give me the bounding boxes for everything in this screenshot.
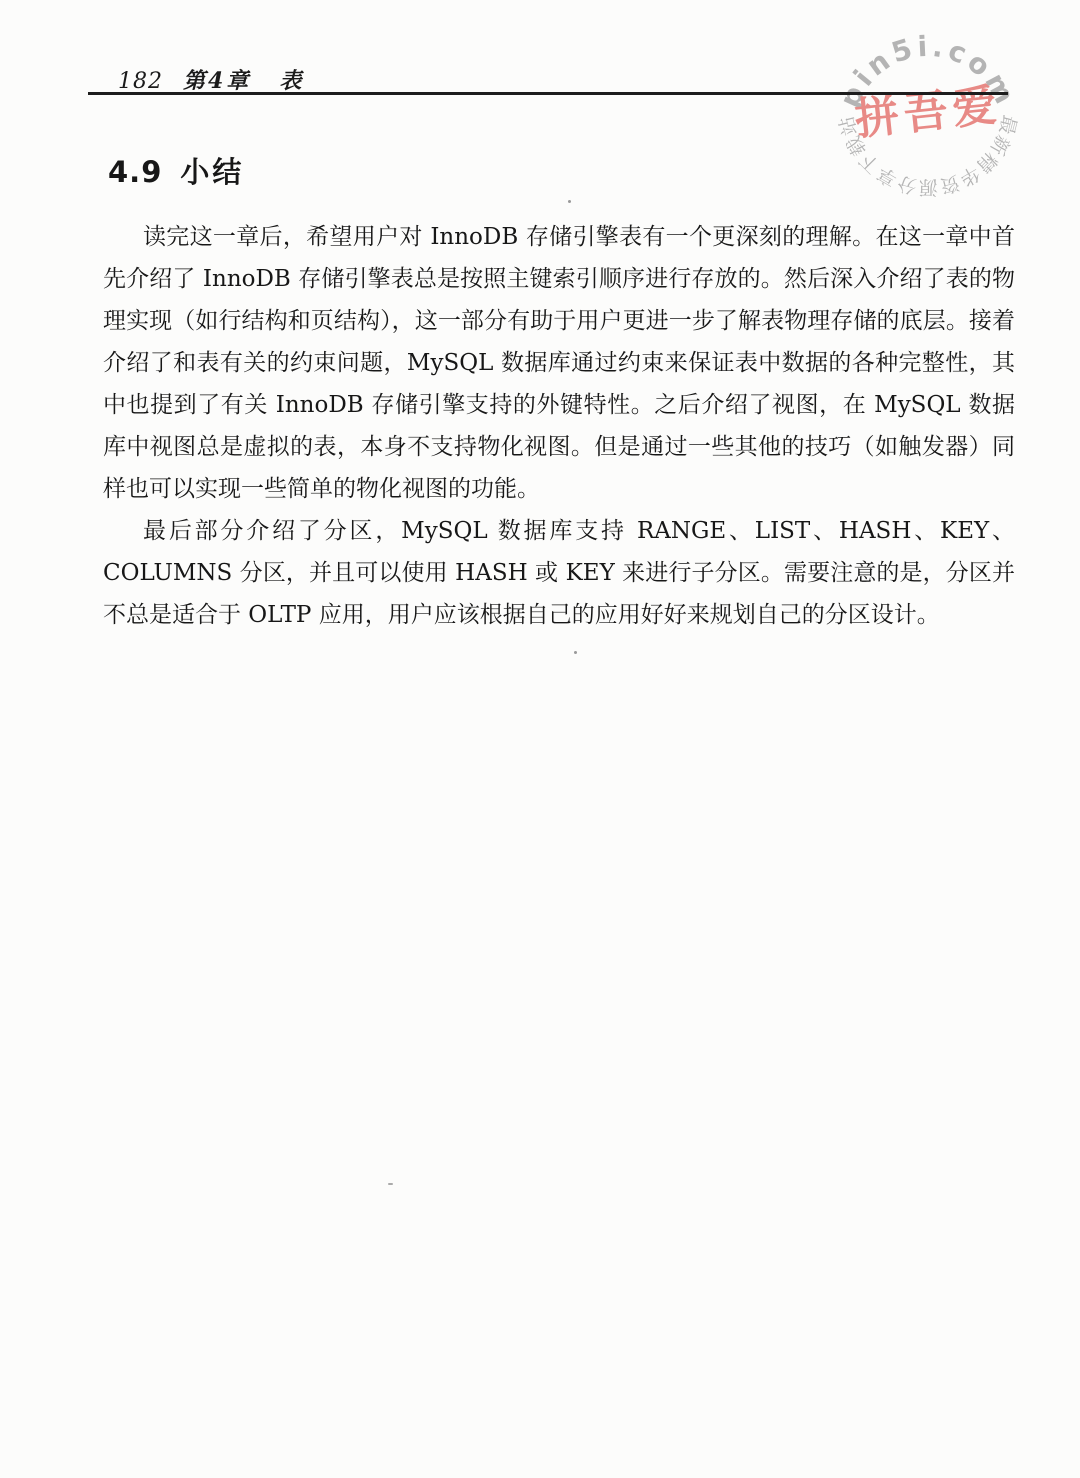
book-page: pin5i.com 最新精华资源分享下载站 拼吾爱 182第4章表 4.9小结 …: [0, 0, 1080, 1478]
running-header: 182第4章表: [118, 64, 302, 95]
chapter-title: 表: [279, 68, 302, 94]
page-number: 182: [118, 69, 163, 94]
site-watermark-stamp: pin5i.com 最新精华资源分享下载站 拼吾爱: [823, 5, 1033, 215]
body-text: 读完这一章后，希望用户对 InnoDB 存储引擎表有一个更深刻的理解。在这一章中…: [103, 216, 1015, 636]
scan-speck: [568, 200, 571, 203]
section-number: 4.9: [108, 155, 162, 189]
scan-speck: [388, 1183, 393, 1185]
section-heading: 4.9小结: [108, 150, 244, 191]
scan-speck: [574, 651, 577, 654]
paragraph-summary-1: 读完这一章后，希望用户对 InnoDB 存储引擎表有一个更深刻的理解。在这一章中…: [103, 216, 1015, 510]
chapter-label: 第4章: [183, 68, 251, 94]
watermark-center-text: 拼吾爱: [852, 79, 1004, 145]
paragraph-summary-2: 最后部分介绍了分区，MySQL 数据库支持 RANGE、LIST、HASH、KE…: [103, 510, 1015, 636]
header-rule: [88, 92, 1008, 95]
section-title: 小结: [180, 155, 244, 189]
